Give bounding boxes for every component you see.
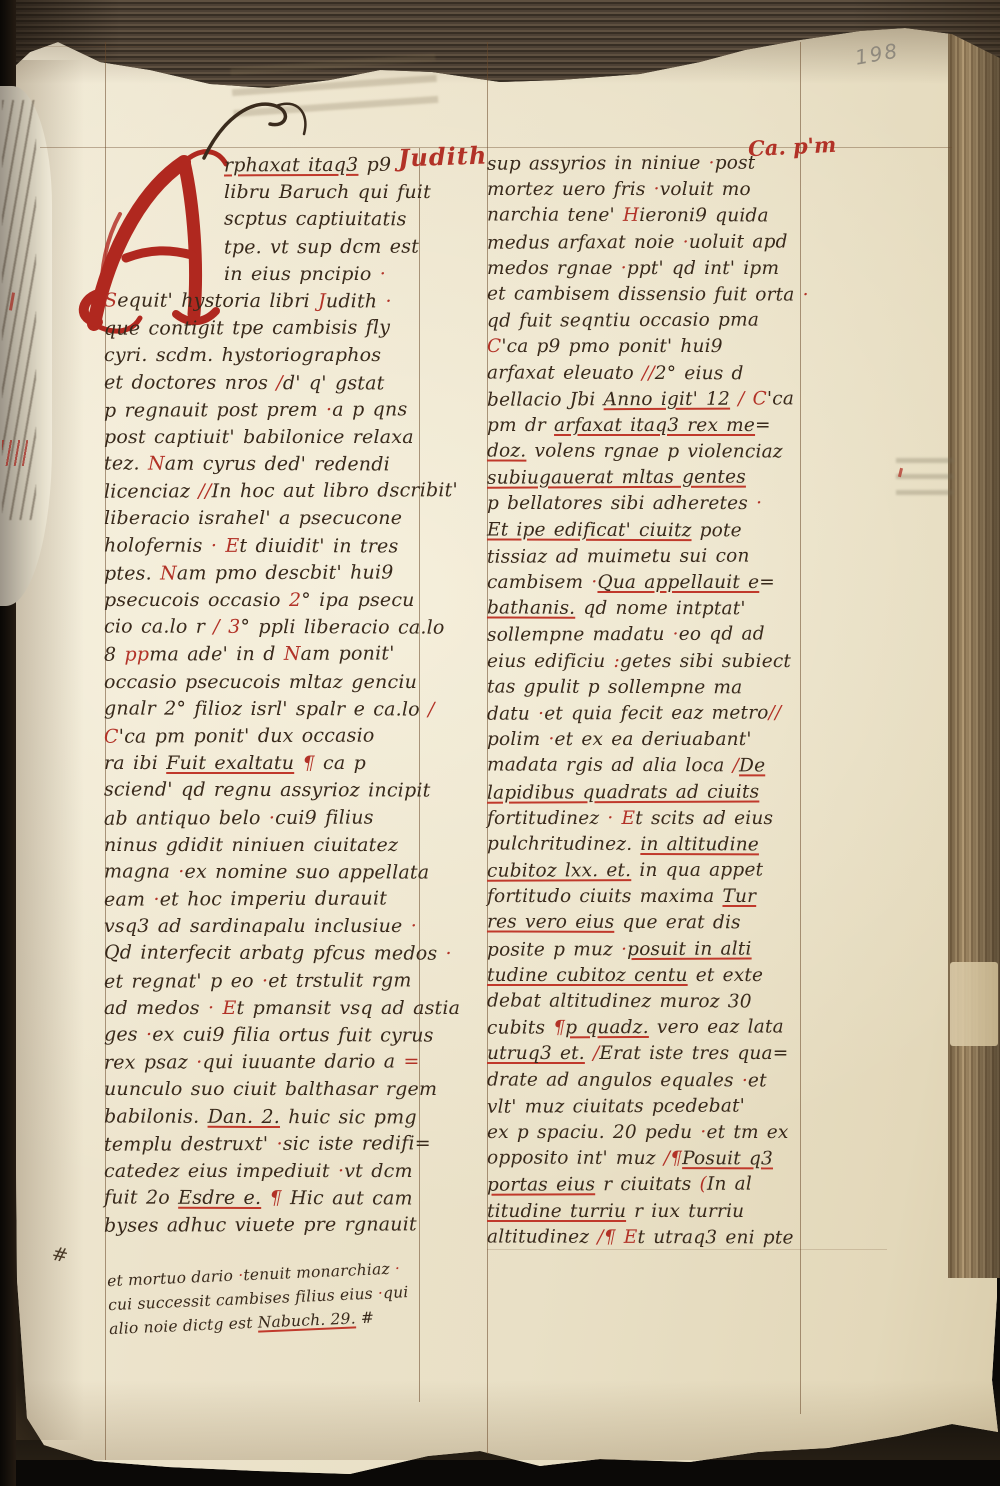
text-segment: / <box>428 698 435 720</box>
text-line: liberacio israhel' a psecucone <box>104 505 426 532</box>
text-line: sciend' qd regnu assyrioz incipit <box>104 777 426 805</box>
text-line: qd fuit seqntiu occasio pma <box>487 307 809 335</box>
text-segment: voluit mo <box>660 179 751 200</box>
text-segment: p regnauit post prem <box>104 398 326 421</box>
text-segment: ° ppli liberacio ca.lo <box>240 616 444 639</box>
text-segment: 2 <box>289 589 301 611</box>
text-segment: in altitudine <box>640 834 759 855</box>
text-segment: r ciuitats <box>595 1174 699 1195</box>
text-segment: datu <box>487 703 538 724</box>
text-segment: p bellatores sibi adheretes <box>487 493 756 514</box>
text-segment: Tur <box>722 886 756 907</box>
text-segment: in eius pncipio <box>224 263 380 285</box>
text-line: mortez uero fris ·voluit mo <box>487 177 809 203</box>
text-line: uunculo suo ciuit balthasar rgem <box>104 1076 426 1103</box>
text-segment: ca p <box>315 752 366 774</box>
text-segment: cui9 filius <box>275 806 374 828</box>
text-segment: t pmansit vsq ad astia <box>237 997 461 1019</box>
text-segment: gnalr 2° filioz isrl' spalr e ca.lo <box>104 697 428 720</box>
text-segment: ° ipa psecu <box>301 589 414 611</box>
text-segment: · E <box>607 808 635 829</box>
text-line: tez. Nam cyrus ded' redendi <box>104 451 426 479</box>
text-segment: et regnat' p eo <box>104 970 262 993</box>
text-segment: post captiuit' babilonice relaxa <box>104 426 414 448</box>
text-segment: = <box>755 415 771 436</box>
text-segment: et trstulit rgm <box>268 969 411 992</box>
text-segment: et doctores nros <box>104 371 276 394</box>
text-segment: babilonis. <box>104 1105 208 1127</box>
text-segment: eo qd ad <box>679 624 765 645</box>
text-segment: 2° eius d <box>655 363 744 384</box>
text-line: scptus captiuitatis <box>224 206 426 234</box>
text-segment: Qua appellauit e <box>597 572 759 593</box>
text-line: et cambisem dissensio fuit orta · <box>487 281 809 308</box>
text-line: drate ad angulos equales ·et <box>487 1067 809 1094</box>
text-segment: rphaxat itaq3 <box>224 154 359 177</box>
text-segment: · <box>803 284 809 305</box>
text-line: bellacio Jbi Anno igit' 12 / C'ca <box>487 386 809 414</box>
text-segment: opposito int' muz <box>487 1148 664 1170</box>
text-segment: Dan. 2. <box>208 1105 280 1127</box>
text-segment: · <box>446 943 452 965</box>
text-segment: que erat dis <box>614 912 741 933</box>
text-segment: = <box>403 1051 419 1073</box>
text-segment: udith <box>326 290 386 312</box>
text-segment: narchia tene' <box>487 205 623 226</box>
text-segment: eius edificiu <box>487 651 614 672</box>
text-segment: ¶ <box>261 1187 290 1209</box>
text-segment: eam <box>104 889 154 911</box>
text-segment: S <box>104 289 117 311</box>
text-line: tas gpulit p sollempne ma <box>487 674 809 701</box>
text-segment: p quadz. <box>565 1017 649 1038</box>
text-segment: / C <box>730 388 767 409</box>
text-segment: pp <box>124 644 149 666</box>
text-segment: sollempne madatu <box>487 624 673 646</box>
text-line: sollempne madatu ·eo qd ad <box>487 622 809 650</box>
text-line: Qd interfecit arbatg pfcus medos · <box>104 940 426 968</box>
text-segment: p9 <box>358 154 391 176</box>
text-segment: t scits ad eius <box>635 808 773 829</box>
text-line: et regnat' p eo ·et trstulit rgm <box>104 967 426 996</box>
text-segment: Et ipe edificat' ciuitz <box>487 519 692 541</box>
text-line: subiugauerat mltas gentes <box>487 465 809 493</box>
text-segment: tenuit monarchiaz <box>243 1260 395 1285</box>
text-segment: // <box>769 702 782 723</box>
text-line: catedez eius impediuit ·vt dcm <box>104 1158 426 1185</box>
text-line: ra ibi Fuit exaltatu ¶ ca p <box>104 750 426 777</box>
text-segment: polim <box>487 729 548 750</box>
text-segment: ra ibi <box>104 752 166 774</box>
text-segment: cubits <box>487 1018 553 1039</box>
text-segment: ex nomine suo appellata <box>185 861 430 884</box>
text-segment: madata rgis ad alia loca <box>487 755 733 777</box>
text-segment: qd nome intptat' <box>575 598 745 620</box>
text-segment: templu destruxt' <box>104 1133 277 1156</box>
text-segment: portas eius <box>487 1175 595 1196</box>
text-segment: debat altitudinez muroz 30 <box>487 990 752 1012</box>
text-segment: / <box>585 1043 600 1064</box>
text-segment: byses adhuc viuete pre rgnauit <box>104 1214 417 1237</box>
text-line: eius edificiu :getes sibi subiect <box>487 649 809 675</box>
text-segment: am cyrus ded' redendi <box>165 453 390 476</box>
text-segment: vt dcm <box>344 1160 412 1182</box>
text-segment: pm dr <box>487 415 554 436</box>
text-line: titudine turriu r iux turriu <box>487 1199 809 1225</box>
text-line: ninus gdidit niniuen ciuitatez <box>104 832 426 859</box>
text-line: fortitudo ciuits maxima Tur <box>487 884 809 910</box>
manuscript-photo: 198 Judith Ca. p'm rphaxat itaq3 p9l <box>0 0 1000 1486</box>
text-segment: getes sibi subiect <box>620 651 791 672</box>
text-segment: J <box>318 290 326 312</box>
text-line: eam ·et hoc imperiu durauit <box>104 885 426 914</box>
text-segment: qui iuuante dario a <box>202 1051 403 1074</box>
text-line: in eius pncipio · <box>224 261 426 288</box>
text-segment: sup assyrios in niniue <box>487 153 709 175</box>
text-line: sup assyrios in niniue ·post <box>487 150 809 178</box>
text-line: ges ·ex cui9 filia ortus fuit cyrus <box>104 1021 426 1049</box>
text-line: Et ipe edificat' ciuitz pote <box>487 517 809 544</box>
text-segment: subiugauerat mltas gentes <box>487 467 746 489</box>
text-segment: 'ca p9 pmo ponit' hui9 <box>501 336 722 357</box>
text-line: bathanis. qd nome intptat' <box>487 596 809 623</box>
text-segment: fortitudinez <box>487 808 607 829</box>
text-segment: scptus captiuitatis <box>224 208 407 231</box>
text-line: res vero eius que erat dis <box>487 910 809 937</box>
text-line: p regnauit post prem ·a p qns <box>104 396 426 425</box>
text-segment: tpe. vt sup dcm est <box>224 235 419 258</box>
text-segment: r iux turriu <box>626 1201 744 1222</box>
text-segment: pulchritudinez. <box>487 833 640 855</box>
text-line: babilonis. Dan. 2. huic sic pmg <box>104 1103 426 1131</box>
previous-page-red-note <box>2 440 28 466</box>
text-segment: occasio psecucois mltaz genciu <box>104 671 417 693</box>
text-line: doz. volens rgnae p violenciaz <box>487 439 809 466</box>
text-segment: uunculo suo ciuit balthasar rgem <box>104 1078 437 1100</box>
text-line: cambisem ·Qua appellauit e= <box>487 570 809 596</box>
text-segment: ¶ <box>553 1018 565 1039</box>
text-segment: cambisem <box>487 572 591 593</box>
text-segment: et mortuo dario <box>107 1267 239 1291</box>
text-line: medus arfaxat noie ·uoluit apd <box>487 229 809 257</box>
text-segment: t diuidit' in tres <box>239 535 398 558</box>
text-segment: ppt' qd int' ipm <box>627 258 779 279</box>
text-line: fuit 2o Esdre e. ¶ Hic aut cam <box>104 1185 426 1213</box>
text-segment: magna <box>104 860 178 882</box>
text-line: Sequit' hystoria libri Judith · <box>104 287 426 315</box>
text-segment: post <box>715 153 756 174</box>
text-segment: · <box>380 263 386 285</box>
text-line: tpe. vt sup dcm est <box>224 233 426 261</box>
text-line: lapidibus quadrats ad ciuits <box>487 779 809 807</box>
text-segment: et tm ex <box>706 1122 788 1143</box>
text-segment: am pmo descbit' hui9 <box>177 561 394 584</box>
text-segment: drate ad angulos equales <box>487 1069 742 1091</box>
text-segment: vero eaz lata <box>649 1017 784 1039</box>
text-segment: ex p spaciu. 20 pedu <box>487 1122 700 1143</box>
bottom-shadow <box>0 1380 1000 1460</box>
text-line: post captiuit' babilonice relaxa <box>104 424 426 451</box>
text-segment: altitudinez <box>487 1226 597 1247</box>
text-segment: · E <box>211 534 240 556</box>
text-segment: medus arfaxat noie <box>487 231 683 253</box>
text-line: vsq3 ad sardinapalu inclusiue · <box>104 913 426 940</box>
text-line: madata rgis ad alia loca /De <box>487 753 809 780</box>
text-segment: psecucois occasio <box>104 589 289 611</box>
text-line: gnalr 2° filioz isrl' spalr e ca.lo / <box>104 695 426 723</box>
text-segment: licenciaz <box>104 481 198 503</box>
text-segment: Nabuch. 29. <box>257 1309 356 1331</box>
text-line: holofernis · Et diuidit' in tres <box>104 532 426 560</box>
text-segment: et exte <box>688 965 764 986</box>
text-segment: cubitoz lxx. et. <box>487 860 631 882</box>
text-segment: Qd interfecit arbatg pfcus medos <box>104 942 446 965</box>
text-segment: ptes. <box>104 562 160 584</box>
text-line: altitudinez /¶ Et utraq3 eni pte <box>487 1224 809 1251</box>
text-line: cubits ¶p quadz. vero eaz lata <box>487 1014 809 1042</box>
text-line: opposito int' muz /¶Posuit q3 <box>487 1146 809 1173</box>
text-line: psecucois occasio 2° ipa psecu <box>104 587 426 614</box>
text-line: cio ca.lo r / 3° ppli liberacio ca.lo <box>104 614 426 642</box>
text-segment: tez. <box>104 453 148 475</box>
text-segment: · <box>756 493 762 514</box>
text-line: templu destruxt' ·sic iste redifi= <box>104 1130 426 1159</box>
fore-edge-patch <box>950 962 998 1046</box>
text-segment: ges <box>104 1023 146 1045</box>
text-segment: utruq3 et. <box>487 1043 585 1064</box>
text-segment: res vero eius <box>487 912 614 933</box>
text-segment: libru Baruch qui fuit <box>224 181 431 203</box>
text-segment: et cambisem dissensio fuit orta <box>487 283 803 305</box>
text-line: C'ca p9 pmo ponit' hui9 <box>487 334 809 360</box>
text-segment: · E <box>208 997 237 1019</box>
text-segment: Erat iste tres qua= <box>599 1043 788 1064</box>
text-segment: cio ca.lo r <box>104 616 213 638</box>
text-segment: = <box>759 572 775 593</box>
text-line: pulchritudinez. in altitudine <box>487 831 809 858</box>
text-segment: # <box>355 1309 374 1328</box>
text-segment: fuit 2o <box>104 1187 178 1209</box>
text-segment: uoluit apd <box>689 231 788 252</box>
text-line: debat altitudinez muroz 30 <box>487 988 809 1015</box>
text-line: p bellatores sibi adheretes · <box>487 491 809 517</box>
text-line: medos rgnae ·ppt' qd int' ipm <box>487 256 809 282</box>
text-segment: ma ade' in d <box>149 643 284 666</box>
text-segment: fortitudo ciuits maxima <box>487 886 722 907</box>
text-segment: doz. <box>487 441 526 462</box>
text-segment: Anno igit' 12 <box>604 388 731 410</box>
text-segment: N <box>160 562 177 584</box>
text-segment: medos rgnae <box>487 258 621 279</box>
text-line: rphaxat itaq3 p9 <box>224 152 426 180</box>
text-segment: volens rgnae p violenciaz <box>526 441 782 463</box>
ruling-top-faint <box>40 46 300 47</box>
text-segment: in qua appet <box>631 860 763 882</box>
text-segment: // <box>642 362 655 383</box>
text-segment: De <box>739 756 765 777</box>
text-segment: C <box>104 726 119 748</box>
text-segment: que contigit tpe cambisis fly <box>104 317 390 340</box>
text-segment: In al <box>707 1174 752 1195</box>
text-segment: rex psaz <box>104 1051 196 1073</box>
text-segment: ieroni9 quida <box>639 205 769 226</box>
text-segment: et ex ea deriuabant' <box>555 729 752 750</box>
text-segment: catedez eius impediuit <box>104 1160 338 1182</box>
text-segment: d' q' gstat <box>283 372 385 394</box>
text-segment: // <box>198 480 211 502</box>
text-segment: 'ca pm ponit' dux occasio <box>119 724 375 747</box>
text-line: posite p muz ·posuit in alti <box>487 936 809 964</box>
text-line: pm dr arfaxat itaq3 rex me= <box>487 413 809 439</box>
text-line: ab antiquo belo ·cui9 filius <box>104 804 426 833</box>
text-line: magna ·ex nomine suo appellata <box>104 858 426 886</box>
text-line: 8 ppma ade' in d Nam ponit' <box>104 641 426 670</box>
text-segment: vsq3 ad sardinapalu inclusiue <box>104 915 411 937</box>
text-line: ex p spaciu. 20 pedu ·et tm ex <box>487 1120 809 1146</box>
text-segment: et quia fecit eaz metro <box>544 702 768 724</box>
text-segment: In hoc aut libro dscribit' <box>212 479 458 502</box>
text-segment: et <box>748 1070 767 1091</box>
text-segment: C <box>487 336 501 357</box>
text-line: tudine cubitoz centu et exte <box>487 963 809 989</box>
text-segment: /¶ E <box>597 1227 637 1248</box>
margin-ghost-note <box>896 454 954 502</box>
text-segment: equit' hystoria libri <box>117 289 318 312</box>
text-segment: ab antiquo belo <box>104 806 269 829</box>
text-segment: ad medos <box>104 997 208 1019</box>
text-segment: pote <box>692 520 742 541</box>
text-segment: /¶ <box>664 1148 682 1169</box>
text-segment: lapidibus quadrats ad ciuits <box>487 781 759 803</box>
text-segment: Posuit q3 <box>682 1148 773 1169</box>
text-line: byses adhuc viuete pre rgnauit <box>104 1212 426 1241</box>
text-segment: ¶ <box>294 752 315 774</box>
text-segment: ninus gdidit niniuen ciuitatez <box>104 834 398 856</box>
text-line: utruq3 et. /Erat iste tres qua= <box>487 1041 809 1067</box>
text-segment: vlt' muz ciuitats pcedebat' <box>487 1095 745 1117</box>
text-segment: alio noie dictg est <box>109 1314 258 1338</box>
text-segment: mortez uero fris <box>487 179 654 200</box>
text-segment: Fuit exaltatu <box>166 752 294 774</box>
text-segment: tas gpulit p sollempne ma <box>487 676 743 698</box>
text-segment: a p qns <box>332 398 407 420</box>
text-segment: arfaxat eleuato <box>487 362 642 384</box>
text-segment: posuit in alti <box>627 938 752 960</box>
text-segment: arfaxat itaq3 rex me <box>554 415 755 436</box>
text-segment: · <box>411 915 417 937</box>
text-line: tissiaz ad muimetu sui con <box>487 543 809 571</box>
text-line: polim ·et ex ea deriuabant' <box>487 727 809 753</box>
footnote-addition: et mortuo dario ·tenuit monarchiaz ·cui … <box>107 1255 440 1341</box>
text-segment: et hoc imperiu durauit <box>160 888 387 911</box>
text-segment: titudine turriu <box>487 1201 626 1222</box>
fore-edge-band <box>948 0 1000 1278</box>
text-segment: tudine cubitoz centu <box>487 965 688 986</box>
text-line: licenciaz //In hoc aut libro dscribit' <box>104 478 426 507</box>
right-text-column: sup assyrios in niniue ·postmortez uero … <box>487 151 809 1251</box>
text-segment: bellacio Jbi <box>487 389 604 411</box>
text-segment: tissiaz ad muimetu sui con <box>487 545 750 567</box>
text-segment: holofernis <box>104 534 211 556</box>
text-segment: t utraq3 eni pte <box>637 1227 793 1249</box>
text-segment: · <box>395 1259 401 1277</box>
text-line: rex psaz ·qui iuuante dario a = <box>104 1048 426 1077</box>
left-text-column: rphaxat itaq3 p9libru Baruch qui fuitscp… <box>104 152 426 1240</box>
text-segment: cyri. scdm. hystoriographos <box>104 344 381 366</box>
text-segment: ( <box>699 1174 707 1195</box>
text-segment: posite p muz <box>487 939 621 961</box>
text-line: ptes. Nam pmo descbit' hui9 <box>104 559 426 588</box>
text-line: cubitoz lxx. et. in qua appet <box>487 857 809 885</box>
text-line: et doctores nros /d' q' gstat <box>104 369 426 397</box>
text-segment: ex cui9 filia ortus fuit cyrus <box>152 1024 433 1047</box>
text-segment: qd fuit seqntiu occasio pma <box>487 310 759 332</box>
text-segment: Hic aut cam <box>290 1187 413 1209</box>
text-segment: · <box>385 290 391 312</box>
text-line: fortitudinez · Et scits ad eius <box>487 806 809 832</box>
text-segment: sic iste redifi= <box>283 1132 431 1155</box>
text-segment: bathanis. <box>487 598 575 619</box>
text-segment: N <box>284 643 301 665</box>
text-segment: liberacio israhel' a psecucone <box>104 507 402 529</box>
text-segment: am ponit' <box>301 643 395 665</box>
text-line: arfaxat eleuato //2° eius d <box>487 360 809 387</box>
text-line: datu ·et quia fecit eaz metro// <box>487 700 809 728</box>
text-segment: 8 <box>104 644 125 666</box>
text-segment: huic sic pmg <box>280 1106 417 1128</box>
text-segment: 'ca <box>767 388 794 409</box>
text-segment: sciend' qd regnu assyrioz incipit <box>104 779 431 802</box>
text-line: vlt' muz ciuitats pcedebat' <box>487 1093 809 1121</box>
text-segment: Esdre e. <box>178 1187 261 1209</box>
text-segment: H <box>623 205 639 226</box>
text-line: occasio psecucois mltaz genciu <box>104 669 426 696</box>
text-line: narchia tene' Hieroni9 quida <box>487 203 809 230</box>
text-segment: qui <box>383 1283 409 1302</box>
text-segment: / 3 <box>213 616 240 638</box>
text-line: C'ca pm ponit' dux occasio <box>104 722 426 751</box>
text-line: cyri. scdm. hystoriographos <box>104 342 426 369</box>
text-line: ad medos · Et pmansit vsq ad astia <box>104 995 426 1022</box>
text-line: que contigit tpe cambisis fly <box>104 314 426 343</box>
text-line: libru Baruch qui fuit <box>224 179 426 206</box>
text-segment: N <box>148 453 165 475</box>
text-line: portas eius r ciuitats (In al <box>487 1172 809 1200</box>
